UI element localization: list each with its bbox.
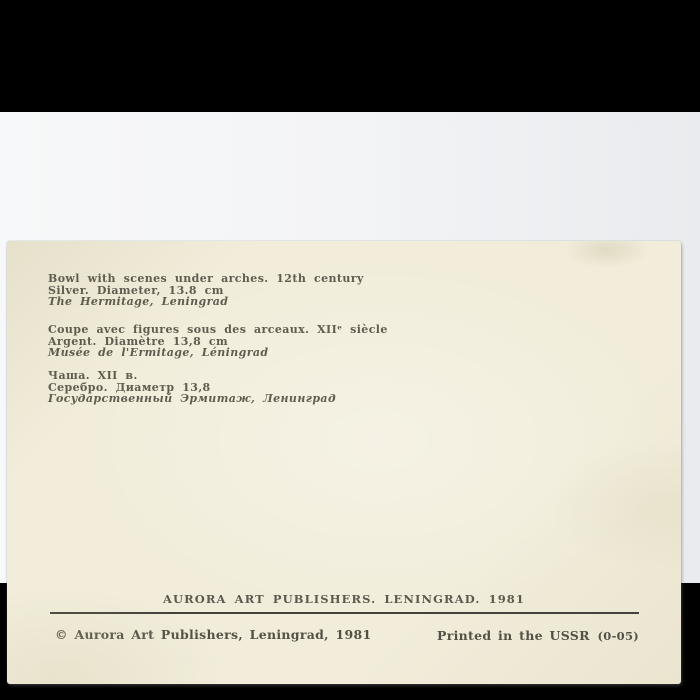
caption-russian-museum: Государственный Эрмитаж, Ленинград	[48, 392, 336, 405]
print-code: (0-05)	[598, 629, 639, 643]
copyright-line: © Aurora Art Publishers, Leningrad, 1981	[55, 627, 371, 642]
photo-backdrop: Bowl with scenes under arches. 12th cent…	[0, 112, 700, 583]
printed-in-ussr-label: Printed in the USSR	[437, 628, 590, 643]
publisher-line: AURORA ART PUBLISHERS. LENINGRAD. 1981	[7, 592, 681, 606]
postcard-back: Bowl with scenes under arches. 12th cent…	[7, 241, 681, 684]
caption-french: Coupe avec figures sous des arceaux. XII…	[48, 324, 388, 359]
divider-rule	[50, 612, 639, 614]
caption-english-museum: The Hermitage, Leningrad	[48, 295, 228, 308]
scan-frame: Bowl with scenes under arches. 12th cent…	[0, 0, 700, 700]
caption-russian: Чаша. XII в. Серебро. Диаметр 13,8 Госуд…	[48, 370, 336, 405]
caption-english: Bowl with scenes under arches. 12th cent…	[48, 273, 364, 308]
caption-french-museum: Musée de l'Ermitage, Léningrad	[48, 346, 269, 359]
